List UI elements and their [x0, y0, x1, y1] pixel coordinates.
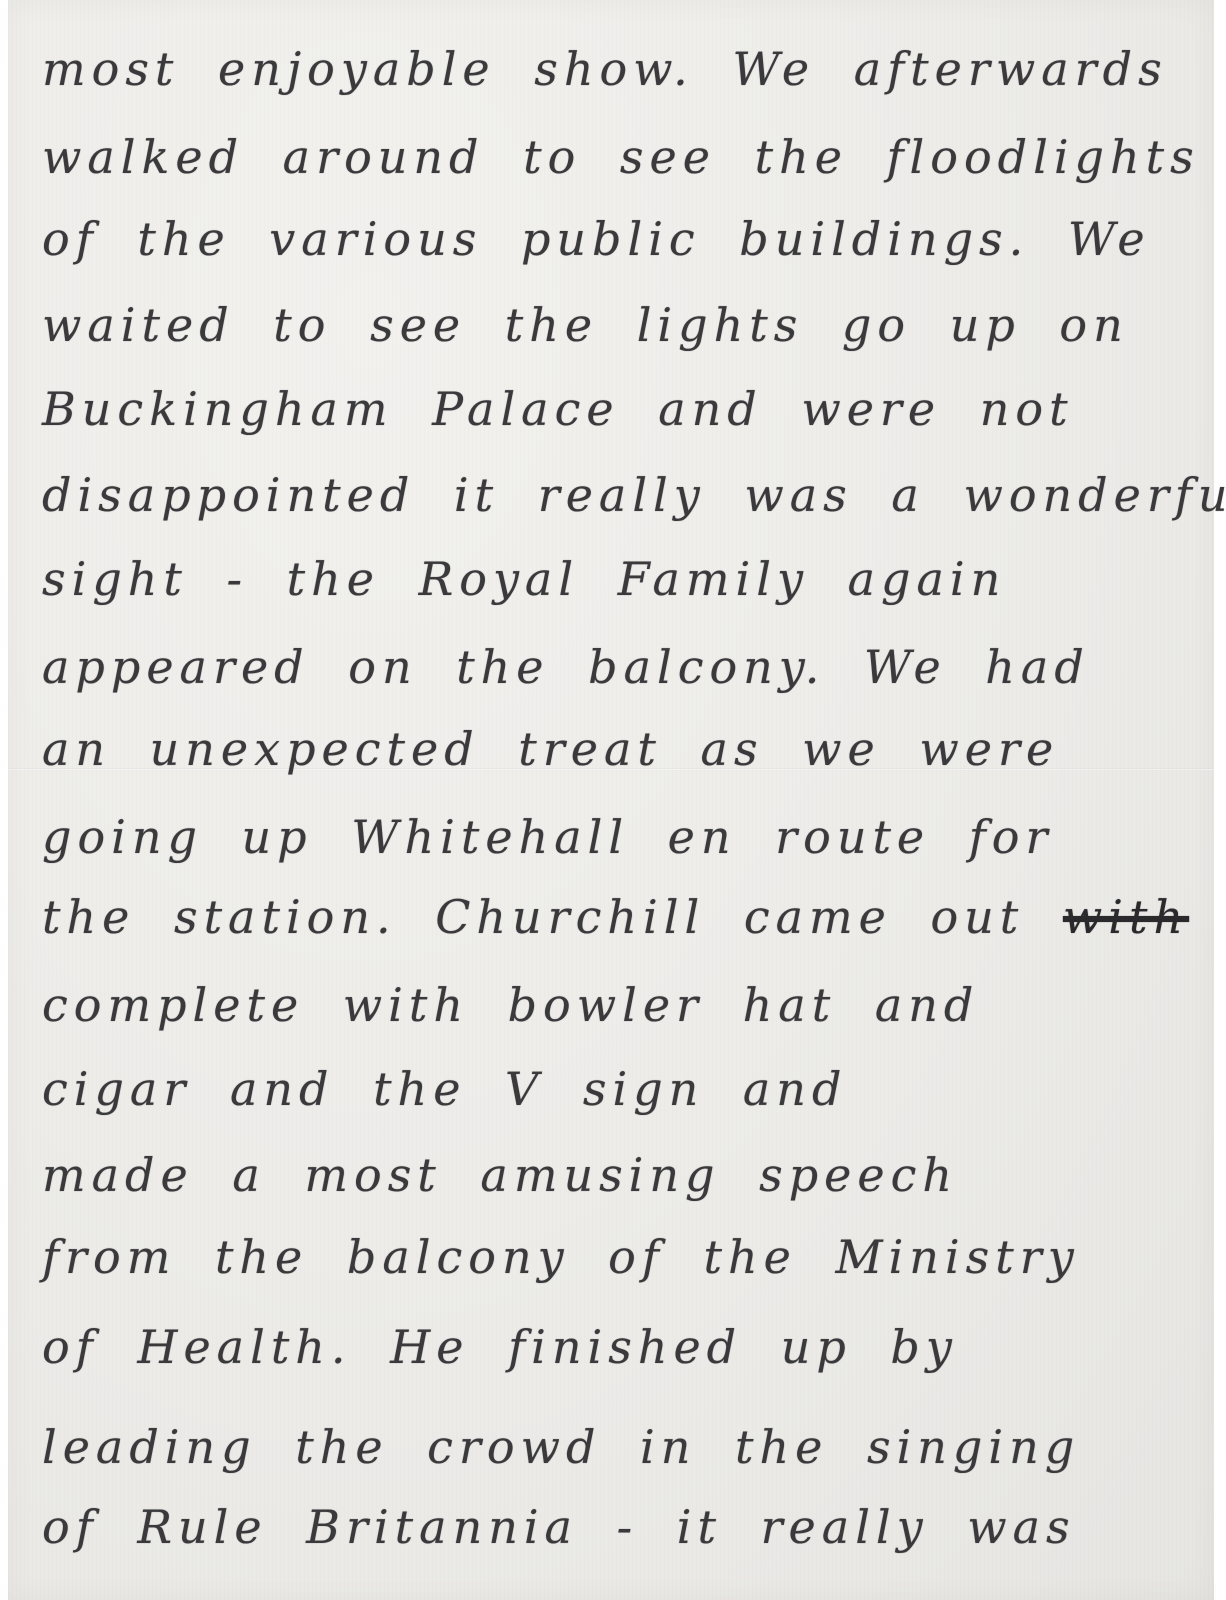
- text-line-2: walked around to see the floodlights: [42, 130, 1200, 184]
- text-line-4: waited to see the lights go up on: [42, 298, 1129, 352]
- text-line-11: the station. Churchill came out with: [42, 890, 1189, 944]
- text-line-9: an unexpected treat as we were: [42, 722, 1059, 776]
- text-line-3: of the various public buildings. We: [42, 212, 1151, 266]
- text-line-10: going up Whitehall en route for: [42, 810, 1053, 864]
- letter-page: most enjoyable show. We afterwards walke…: [8, 0, 1214, 1600]
- text-line-14: made a most amusing speech: [42, 1148, 958, 1202]
- text-line-1: most enjoyable show. We afterwards: [42, 42, 1168, 96]
- text-line-6: disappointed it really was a wonderful: [42, 468, 1226, 522]
- struck-through-word: with: [1063, 890, 1189, 944]
- text-line-15: from the balcony of the Ministry: [42, 1230, 1080, 1284]
- text-line-11-main: the station. Churchill came out: [42, 890, 1024, 944]
- text-line-12: complete with bowler hat and: [42, 978, 979, 1032]
- text-line-8: appeared on the balcony. We had: [42, 640, 1090, 694]
- text-line-17: leading the crowd in the singing: [42, 1420, 1080, 1474]
- text-line-7: sight - the Royal Family again: [42, 552, 1006, 606]
- text-line-18: of Rule Britannia - it really was: [42, 1500, 1076, 1554]
- text-line-13: cigar and the V sign and: [42, 1062, 847, 1116]
- text-line-16: of Health. He finished up by: [42, 1320, 958, 1374]
- text-line-5: Buckingham Palace and were not: [42, 382, 1074, 436]
